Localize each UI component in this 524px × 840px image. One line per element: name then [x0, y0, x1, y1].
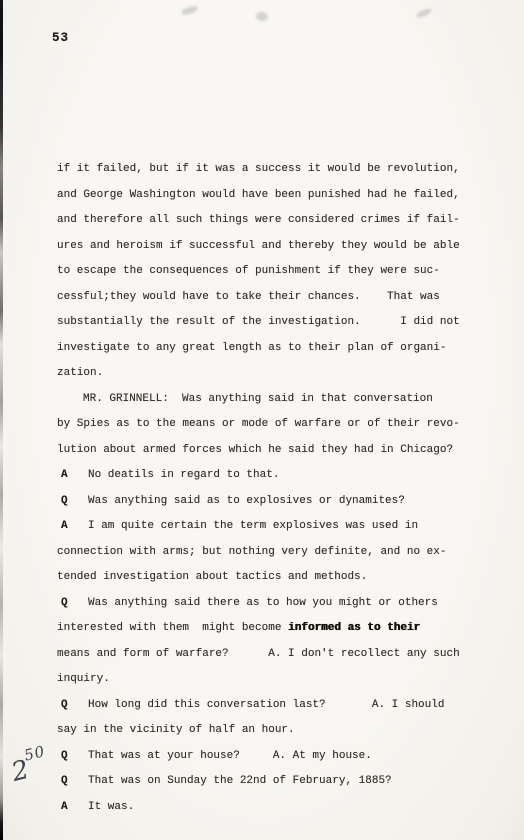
text-line: ANo deatils in regard to that. — [57, 463, 477, 489]
line-text: means and form of warfare? A. I don't re… — [57, 648, 460, 660]
line-text: That was at your house? A. At my house. — [88, 750, 372, 762]
qa-marker: Q — [61, 591, 68, 617]
line-text: and therefore all such things were consi… — [57, 214, 460, 226]
handwritten-digits: 50 — [23, 744, 47, 764]
text-line: AIt was. — [57, 795, 477, 821]
text-line: substantially the result of the investig… — [57, 310, 477, 336]
line-text: investigate to any great length as to th… — [57, 342, 446, 354]
handwritten-note: 2 50 — [0, 738, 62, 801]
line-text: ures and heroism if successful and there… — [57, 240, 460, 252]
text-line: and therefore all such things were consi… — [57, 208, 477, 234]
text-line: say in the vicinity of half an hour. — [57, 718, 477, 744]
text-line: cessful;they would have to take their ch… — [57, 285, 477, 311]
line-text: substantially the result of the investig… — [57, 316, 460, 328]
document-lines: if it failed, but if it was a success it… — [57, 157, 477, 820]
line-text: lution about armed forces which he said … — [57, 444, 453, 456]
qa-marker: Q — [61, 489, 68, 515]
line-text: inquiry. — [57, 673, 110, 685]
text-line: lution about armed forces which he said … — [57, 438, 477, 464]
smudge-mark — [180, 5, 198, 17]
text-line: inquiry. — [57, 667, 477, 693]
text-line: zation. — [57, 361, 477, 387]
line-text: say in the vicinity of half an hour. — [57, 724, 295, 736]
text-line: QWas anything said there as to how you m… — [57, 591, 477, 617]
text-line: to escape the consequences of punishment… — [57, 259, 477, 285]
qa-marker: A — [61, 514, 68, 540]
line-text: Was anything said there as to how you mi… — [88, 597, 438, 609]
qa-marker: A — [61, 463, 68, 489]
line-text: It was. — [88, 801, 134, 813]
smudge-mark — [415, 7, 432, 19]
text-line: tended investigation about tactics and m… — [57, 565, 477, 591]
text-line: connection with arms; but nothing very d… — [57, 540, 477, 566]
text-line: ures and heroism if successful and there… — [57, 234, 477, 260]
line-text: and George Washington would have been pu… — [57, 189, 460, 201]
line-text: tended investigation about tactics and m… — [57, 571, 367, 583]
line-text: Was anything said as to explosives or dy… — [88, 495, 405, 507]
line-text: interested with them might become inform… — [57, 622, 420, 634]
text-line: by Spies as to the means or mode of warf… — [57, 412, 477, 438]
line-text: if it failed, but if it was a success it… — [57, 163, 460, 175]
qa-marker: Q — [61, 769, 68, 795]
line-text: connection with arms; but nothing very d… — [57, 546, 446, 558]
text-line: interested with them might become inform… — [57, 616, 477, 642]
qa-marker: Q — [61, 744, 68, 770]
text-line: means and form of warfare? A. I don't re… — [57, 642, 477, 668]
document-page: 53 if it failed, but if it was a success… — [0, 0, 524, 840]
qa-marker: A — [61, 795, 68, 821]
text-line: QWas anything said as to explosives or d… — [57, 489, 477, 515]
text-line: QHow long did this conversation last? A.… — [57, 693, 477, 719]
line-text: I am quite certain the term explosives w… — [88, 520, 418, 532]
text-line: and George Washington would have been pu… — [57, 183, 477, 209]
text-line: AI am quite certain the term explosives … — [57, 514, 477, 540]
qa-marker: Q — [61, 693, 68, 719]
smudge-mark — [255, 11, 269, 22]
line-text: zation. — [57, 367, 103, 379]
text-line: QThat was on Sunday the 22nd of February… — [57, 769, 477, 795]
line-text: MR. GRINNELL: Was anything said in that … — [83, 393, 433, 405]
text-line: QThat was at your house? A. At my house. — [57, 744, 477, 770]
line-text: cessful;they would have to take their ch… — [57, 291, 440, 303]
line-text: How long did this conversation last? A. … — [88, 699, 444, 711]
line-text: No deatils in regard to that. — [88, 469, 279, 481]
text-line: if it failed, but if it was a success it… — [57, 157, 477, 183]
text-line: MR. GRINNELL: Was anything said in that … — [57, 387, 477, 413]
scan-edge-artifact — [0, 0, 3, 840]
text-line: investigate to any great length as to th… — [57, 336, 477, 362]
line-text: to escape the consequences of punishment… — [57, 265, 440, 277]
page-number: 53 — [52, 31, 69, 45]
line-text: That was on Sunday the 22nd of February,… — [88, 775, 392, 787]
overstruck-text: informed as to their — [288, 622, 420, 634]
line-text: by Spies as to the means or mode of warf… — [57, 418, 460, 430]
